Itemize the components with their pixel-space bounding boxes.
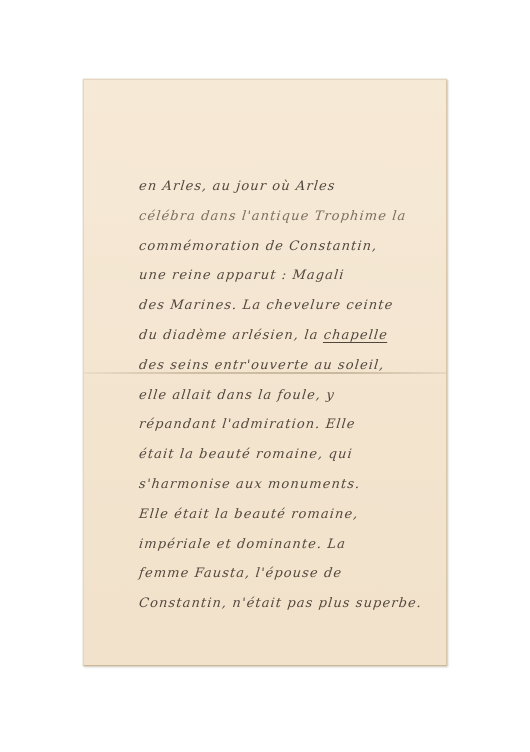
text-line-7: des seins entr'ouverte au soleil,	[137, 351, 440, 381]
text-line-6: du diadème arlésien, la chapelle	[137, 321, 440, 351]
photo-backdrop: en Arles, au jour où Arles célébra dans …	[0, 0, 530, 752]
text-line-3: commémoration de Constantin,	[137, 232, 440, 262]
text-line-14: femme Fausta, l'épouse de	[137, 559, 440, 589]
text-line-6-content: du diadème arlésien, la chapelle	[138, 328, 388, 343]
text-line-15: Constantin, n'était pas plus superbe.	[137, 589, 440, 619]
handwritten-text: en Arles, au jour où Arles célébra dans …	[139, 172, 439, 619]
text-line-8: elle allait dans la foule, y	[137, 381, 440, 411]
text-line-12: Elle était la beauté romaine,	[137, 500, 440, 530]
text-line-1: en Arles, au jour où Arles	[137, 172, 440, 202]
text-line-10: était la beauté romaine, qui	[137, 440, 440, 470]
text-line-4: une reine apparut : Magali	[137, 261, 440, 291]
text-line-2: célébra dans l'antique Trophime la	[137, 202, 440, 232]
text-line-11: s'harmonise aux monuments.	[137, 470, 440, 500]
underlined-word: chapelle	[323, 328, 389, 343]
letter-page: en Arles, au jour où Arles célébra dans …	[83, 79, 447, 666]
text-line-13: impériale et dominante. La	[137, 530, 440, 560]
text-line-5: des Marines. La chevelure ceinte	[137, 291, 440, 321]
text-line-9: répandant l'admiration. Elle	[137, 410, 440, 440]
